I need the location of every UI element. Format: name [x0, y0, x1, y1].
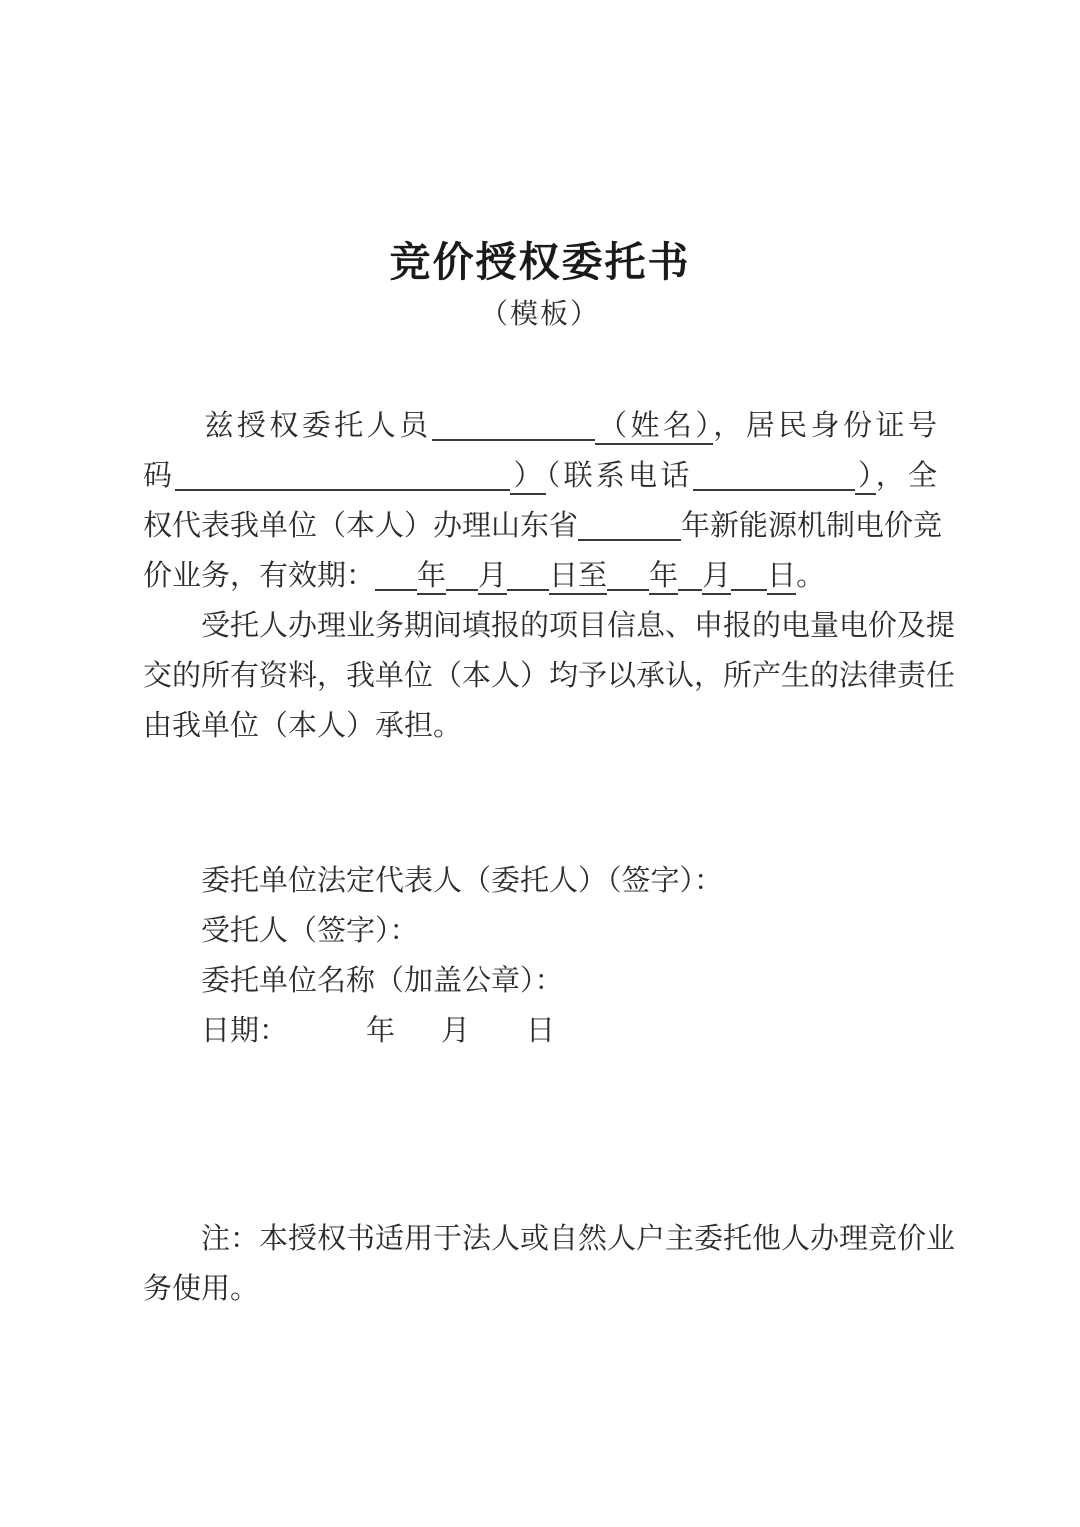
- underline-blank-field: [507, 559, 549, 591]
- document-line: 兹授权委托人员（姓名），居民身份证号: [143, 400, 937, 450]
- document-page: 竞价授权委托书 （模板） 兹授权委托人员（姓名），居民身份证号码）（联系电话），…: [0, 0, 1080, 1527]
- underline-blank-field: [578, 509, 681, 541]
- text-segment: 价业务，有效期：: [143, 558, 375, 592]
- space-gap: [143, 989, 201, 990]
- document-line: 权代表我单位（本人）办理山东省年新能源机制电价竞: [143, 500, 937, 550]
- text-segment: 务使用。: [143, 1271, 259, 1305]
- underlined-text: ）: [855, 458, 876, 495]
- underlined-text: 年: [649, 558, 678, 595]
- text-segment: ，全: [876, 458, 937, 492]
- underlined-text: 年: [417, 558, 446, 595]
- underline-blank-field: [678, 559, 702, 591]
- space-gap: [143, 634, 201, 635]
- underline-blank-field: [607, 559, 649, 591]
- text-segment: 由我单位（本人）承担。: [143, 708, 462, 742]
- document-line: 务使用。: [143, 1263, 937, 1313]
- document-line: 委托单位名称（加盖公章）：: [143, 955, 937, 1005]
- text-segment: 受托人办理业务期间填报的项目信息、申报的电量电价及提: [201, 608, 955, 642]
- text-segment: （联系电话: [546, 458, 693, 492]
- document-line: 码）（联系电话），全: [143, 450, 937, 500]
- text-segment: 交的所有资料，我单位（本人）均予以承认，所产生的法律责任: [143, 658, 955, 692]
- document-line: 价业务，有效期：年月日至年月日。: [143, 550, 937, 600]
- space-gap: [395, 1039, 441, 1040]
- underline-blank-field: [446, 559, 478, 591]
- document-line: 交的所有资料，我单位（本人）均予以承认，所产生的法律责任: [143, 650, 937, 700]
- signature-block: 委托单位法定代表人（委托人）（签字）：受托人（签字）：委托单位名称（加盖公章）：…: [143, 855, 937, 1055]
- text-segment: 。: [796, 558, 825, 592]
- space-gap: [143, 1039, 201, 1040]
- text-segment: 日: [526, 1013, 555, 1047]
- text-segment: 码: [143, 458, 175, 492]
- text-segment: 注：本授权书适用于法人或自然人户主委托他人办理竞价业: [201, 1221, 955, 1255]
- underlined-text: 月: [702, 558, 731, 595]
- document-line: 受托人办理业务期间填报的项目信息、申报的电量电价及提: [143, 600, 937, 650]
- document-line: 受托人（签字）：: [143, 905, 937, 955]
- body-paragraphs: 兹授权委托人员（姓名），居民身份证号码）（联系电话），全权代表我单位（本人）办理…: [143, 400, 937, 750]
- underline-blank-field: [693, 459, 855, 491]
- space-gap: [288, 1039, 366, 1040]
- underline-blank-field: [375, 559, 417, 591]
- document-line: 日期：年月日: [143, 1005, 937, 1055]
- space-gap: [470, 1039, 526, 1040]
- underline-blank-field: [432, 409, 595, 441]
- text-segment: 兹授权委托人员: [201, 408, 432, 442]
- underlined-text: ）: [510, 458, 546, 495]
- underlined-text: 日至: [549, 558, 607, 595]
- underline-blank-field: [175, 459, 510, 491]
- text-segment: 年: [366, 1013, 395, 1047]
- space-gap: [143, 1247, 201, 1248]
- underlined-text: 月: [478, 558, 507, 595]
- text-segment: 年新能源机制电价竞: [681, 508, 942, 542]
- text-segment: 委托单位法定代表人（委托人）（签字）：: [201, 863, 723, 897]
- document-line: 由我单位（本人）承担。: [143, 700, 937, 750]
- underlined-text: （姓名）: [595, 408, 714, 445]
- underlined-text: 日: [767, 558, 796, 595]
- text-segment: 委托单位名称（加盖公章）：: [201, 963, 564, 997]
- document-line: 委托单位法定代表人（委托人）（签字）：: [143, 855, 937, 905]
- text-segment: 日期：: [201, 1013, 288, 1047]
- text-segment: 权代表我单位（本人）办理山东省: [143, 508, 578, 542]
- note-block: 注：本授权书适用于法人或自然人户主委托他人办理竞价业务使用。: [143, 1213, 937, 1313]
- text-segment: 受托人（签字）：: [201, 913, 419, 947]
- text-segment: 月: [441, 1013, 470, 1047]
- space-gap: [143, 889, 201, 890]
- space-gap: [143, 939, 201, 940]
- underline-blank-field: [731, 559, 767, 591]
- text-segment: ，居民身份证号: [713, 408, 937, 442]
- document-title: 竞价授权委托书: [143, 236, 937, 288]
- document-subtitle: （模板）: [143, 294, 937, 334]
- document-line: 注：本授权书适用于法人或自然人户主委托他人办理竞价业: [143, 1213, 937, 1263]
- space-gap: [143, 434, 201, 435]
